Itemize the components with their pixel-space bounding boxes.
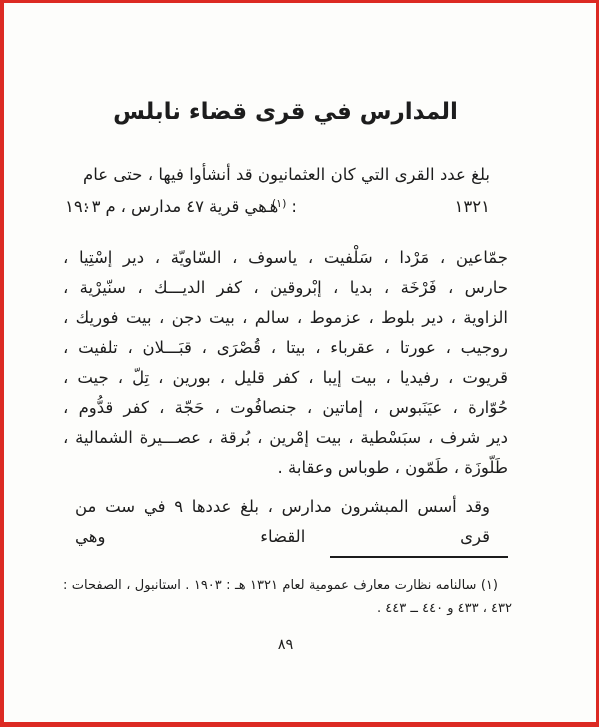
scanned-book-page: المدارس في قرى قضاء نابلس بلغ عدد القرى … — [0, 0, 599, 727]
year-suffix: م — [105, 191, 115, 223]
page-number: ٨٩ — [63, 637, 508, 653]
village-names-line: قريوت ، رفيديا ، بيت إيبا ، كفر قليل ، ب… — [63, 363, 508, 393]
intro-paragraph: بلغ عدد القرى التي كان العثمانيون قد أنش… — [63, 159, 508, 223]
year-gregorian: ١٩٠٣ — [65, 191, 100, 223]
word-schools: مدارس — [131, 191, 181, 223]
footnote-line-1: (١) سالنامه نظارت معارف عمومية لعام ١٣٢١… — [63, 574, 508, 598]
footnote-separator-rule — [330, 556, 508, 558]
village-names-line: روجيب ، عورتا ، عقرباء ، بيتا ، قُصْرَى … — [63, 333, 508, 363]
village-names-line: دير شرف ، سبَسْطية ، بيت إمْرين ، بُرقة … — [63, 423, 508, 453]
village-names-line: حُوّارة ، عيَنَبوس ، إماتين ، جنصافُوت ،… — [63, 393, 508, 423]
village-names-line: طَلّوزَة ، طَمّون ، طوباس وعقابة . — [63, 453, 508, 483]
village-names-line: جمّاعين ، مَرْدا ، سَلْفيت ، ياسوف ، الس… — [63, 243, 508, 273]
colon-mark: : — [291, 191, 297, 223]
footnote-block: (١) سالنامه نظارت معارف عمومية لعام ١٣٢١… — [63, 574, 508, 620]
word-village: قرية — [209, 191, 239, 223]
intro-line-1: بلغ عدد القرى التي كان العثمانيون قد أنش… — [63, 159, 508, 191]
missionary-schools-paragraph: وقد أسس المبشرون مدارس ، بلغ عددها ٩ في … — [63, 492, 508, 552]
village-names-line: الزاوية ، دير بلوط ، عزموط ، سالم ، بيت … — [63, 303, 508, 333]
article-title: المدارس في قرى قضاء نابلس — [63, 99, 508, 125]
page-content: المدارس في قرى قضاء نابلس بلغ عدد القرى … — [63, 0, 508, 727]
village-names-paragraph: جمّاعين ، مَرْدا ، سَلْفيت ، ياسوف ، الس… — [63, 243, 508, 483]
village-names-line: حارس ، فَرْخَة ، بديا ، إبْروقين ، كفر ا… — [63, 273, 508, 303]
comma-separator: ، — [121, 191, 126, 223]
red-margin-line-left — [0, 0, 4, 727]
footnote-line-2: ٤٣٢ ، ٤٣٣ و ٤٤٠ ــ ٤٤٣ . — [63, 598, 512, 620]
footnote-reference-marker: (١) — [272, 188, 287, 220]
village-count: ٤٧ — [186, 191, 204, 223]
word-namely: هي — [244, 191, 266, 223]
